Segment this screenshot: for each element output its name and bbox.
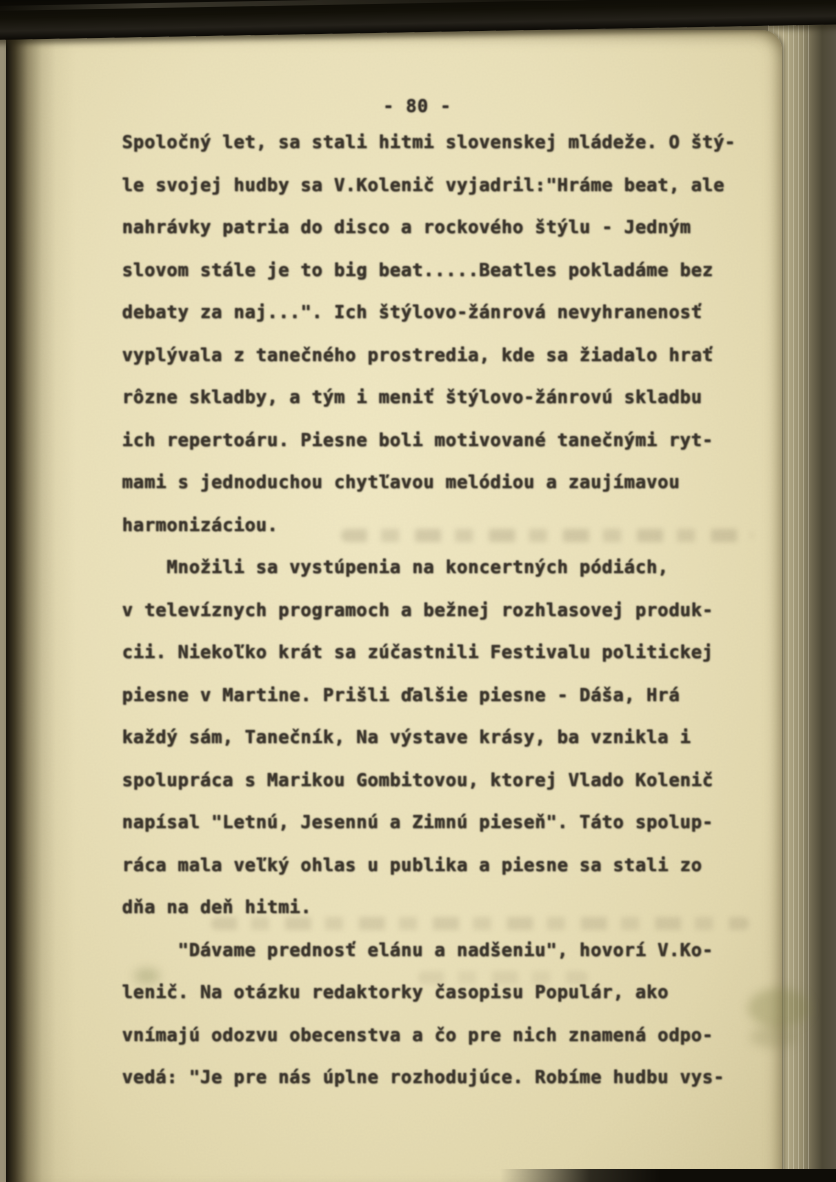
text-line: Množili sa vystúpenia na koncertných pód…: [122, 547, 736, 590]
text-line: ich repertoáru. Piesne boli motivované t…: [122, 420, 736, 463]
text-line: spolupráca s Marikou Gombitovou, ktorej …: [122, 760, 736, 803]
text-line: cii. Niekoľko krát sa zúčastnili Festiva…: [122, 632, 736, 675]
text-line: vedá: "Je pre nás úplne rozhodujúce. Rob…: [122, 1057, 736, 1100]
text-line: piesne v Martine. Prišli ďalšie piesne -…: [122, 675, 736, 718]
text-line: napísal "Letnú, Jesennú a Zimnú pieseň".…: [122, 802, 736, 845]
text-line: vyplývala z tanečného prostredia, kde sa…: [122, 335, 736, 378]
text-line: dňa na deň hitmi.: [122, 887, 736, 930]
text-line: mami s jednoduchou chytľavou melódiou a …: [122, 462, 736, 505]
text-line: nahrávky patria do disco a rockového štý…: [122, 207, 736, 250]
text-block: Spoločný let, sa stali hitmi slovenskej …: [122, 122, 736, 1100]
bezel-streak: [0, 0, 836, 11]
page-number: - 80 -: [383, 96, 452, 117]
text-line: v televíznych programoch a bežnej rozhla…: [122, 590, 736, 633]
text-line: lenič. Na otázku redaktorky časopisu Pop…: [122, 972, 736, 1015]
text-line: vnímajú odozvu obecenstva a čo pre nich …: [122, 1015, 736, 1058]
binding-shadow: [6, 30, 76, 1182]
stain: [748, 988, 810, 1028]
scanned-page: - 80 - Spoločný let, sa stali hitmi slov…: [0, 0, 836, 1182]
text-line: každý sám, Tanečník, Na výstave krásy, b…: [122, 717, 736, 760]
scanner-bottom-edge: [500, 1169, 836, 1182]
text-line: Spoločný let, sa stali hitmi slovenskej …: [122, 122, 736, 165]
text-line: ráca mala veľký ohlas u publika a piesne…: [122, 845, 736, 888]
text-line: rôzne skladby, a tým i meniť štýlovo-žán…: [122, 377, 736, 420]
text-line: slovom stále je to big beat.....Beatles …: [122, 250, 736, 293]
stain: [750, 1026, 798, 1048]
text-line: "Dávame prednosť elánu a nadšeniu", hovo…: [122, 930, 736, 973]
text-line: harmonizáciou.: [122, 505, 736, 548]
text-line: le svojej hudby sa V.Kolenič vyjadril:"H…: [122, 165, 736, 208]
text-line: debaty za naj...". Ich štýlovo-žánrová n…: [122, 292, 736, 335]
